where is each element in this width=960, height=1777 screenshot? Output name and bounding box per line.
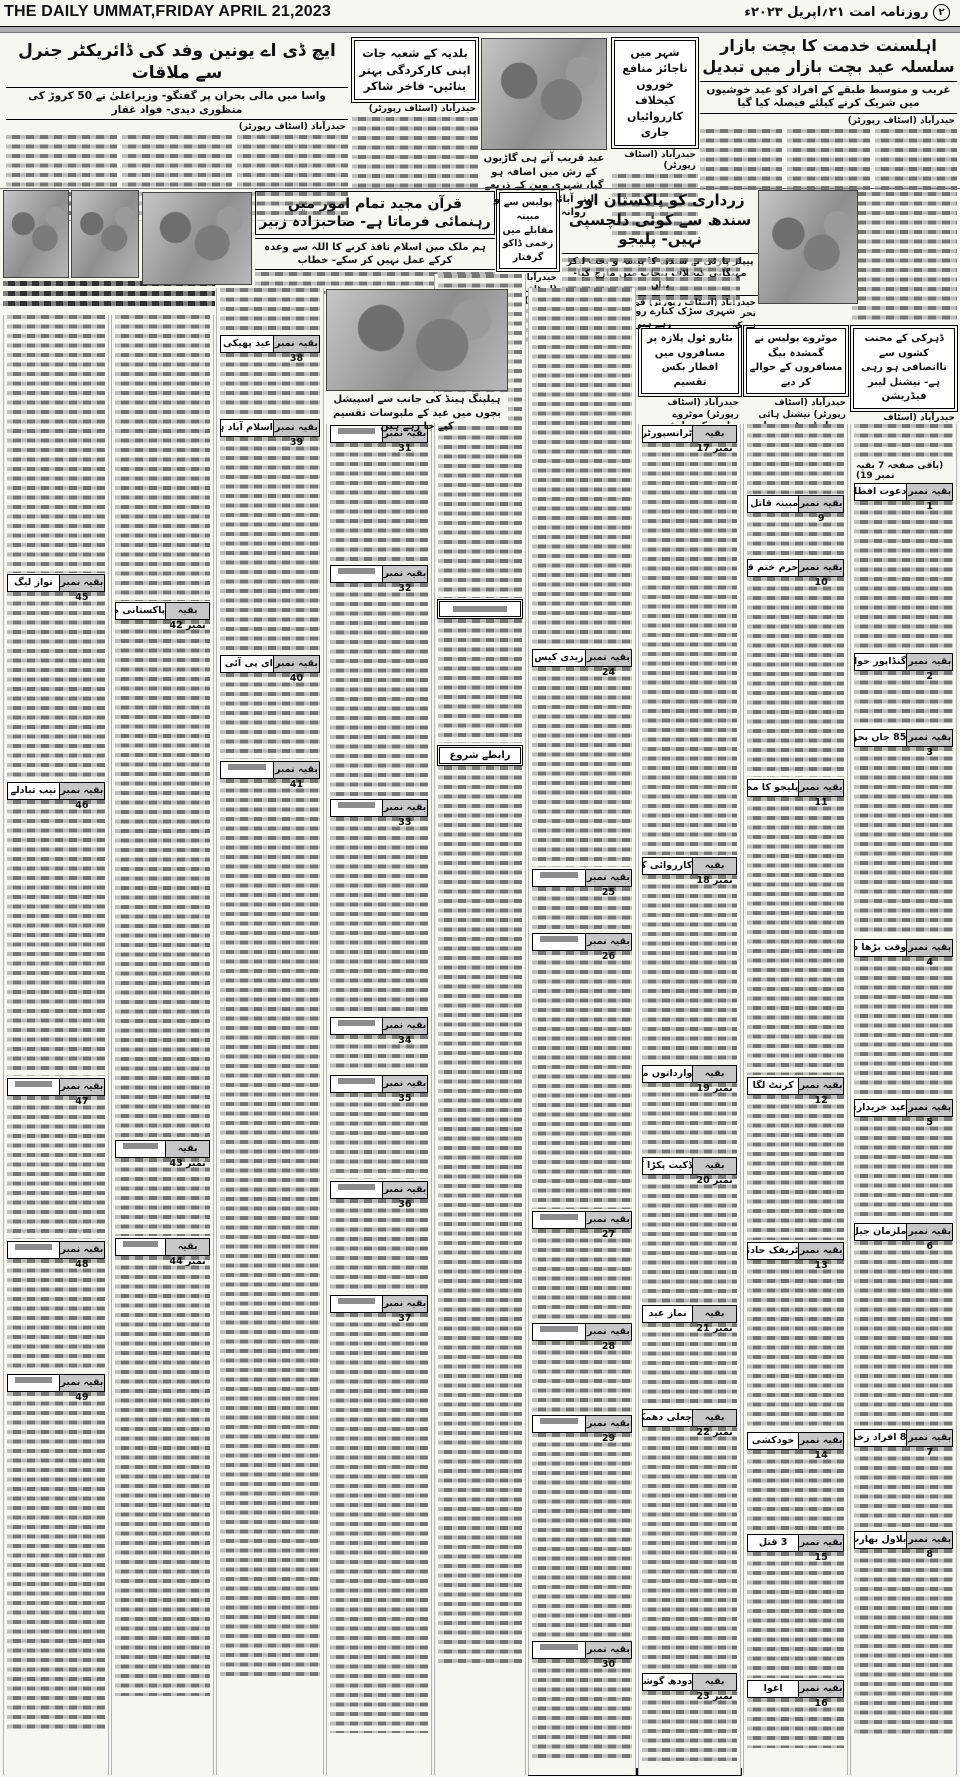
continuation-number: بقیہ نمبر 8	[906, 1532, 952, 1548]
story-dharki-headline: ڈہرکی کے محنت کشوں سے ناانصافی ہو رہی ہے…	[853, 328, 955, 409]
continuation-header: بقیہ نمبر 1دعوت افطار	[854, 483, 953, 501]
continuation-title: 85 جاں بحق	[855, 730, 906, 746]
continuation-header: بقیہ نمبر 9مبینہ قاتل گرفتار	[747, 495, 844, 513]
continuation-item: بقیہ نمبر 34	[330, 1017, 428, 1073]
body-text-fill	[700, 129, 782, 193]
continuation-number: بقیہ نمبر 40	[273, 656, 319, 672]
continuation-title: ٹرانسپورٹرز	[643, 426, 692, 442]
continuation-header: بقیہ نمبر 13ٹریفک حادثات	[747, 1242, 844, 1260]
photo-eid-travellers-caption: عید قریب آتے ہی گاڑیوں کے رش میں اضافہ ہ…	[481, 152, 607, 186]
continuation-header: بقیہ نمبر 16اغوا	[747, 1680, 844, 1698]
body-text-fill	[220, 779, 320, 1679]
body-text-fill	[852, 192, 957, 324]
story-ahlesunnat-subhead: غریب و متوسط طبقے کے افراد کو عید خوشیوں…	[700, 81, 957, 114]
story-ahlesunnat: اہلسنت خدمت کا بچت بازار سلسلہ عید بچت ب…	[700, 36, 957, 193]
body-text-fill	[115, 1256, 210, 1696]
continuation-item: بقیہ نمبر 26	[532, 933, 632, 1209]
body-text-fill	[7, 315, 105, 573]
continuation-item: بقیہ نمبر 42پاکستانی طلبا ڈرون	[115, 602, 210, 1138]
continuation-title	[533, 1324, 585, 1340]
continuation-item: بقیہ نمبر 47	[7, 1078, 105, 1239]
continuation-item: بقیہ نمبر 14خودکشی	[747, 1432, 844, 1532]
body-text-fill	[330, 817, 428, 1015]
boxed-sub-story: رابطے شروع	[438, 745, 522, 1666]
continuation-title: ٹریفک حادثات	[748, 1243, 798, 1259]
continuation-header: بقیہ نمبر 34	[330, 1017, 428, 1035]
news-column: (باقی صفحہ 7 بقیہ نمبر 19)بقیہ نمبر 1دعو…	[850, 424, 957, 1775]
news-column: بقیہ نمبر 24زیدی کیسبقیہ نمبر 25بقیہ نمب…	[528, 288, 636, 1775]
body-text-fill	[747, 1450, 844, 1532]
illegible-title	[338, 1020, 375, 1026]
body-text-fill	[854, 424, 953, 460]
continuation-item: بقیہ نمبر 27	[532, 1211, 632, 1321]
band-divider	[0, 188, 960, 189]
continuation-title: مبینہ قاتل گرفتار	[748, 496, 798, 512]
continuation-number: بقیہ نمبر 4	[906, 940, 952, 956]
body-text-fill	[747, 424, 844, 494]
continuation-header: بقیہ نمبر 48	[7, 1241, 105, 1259]
body-text-fill	[747, 1552, 844, 1678]
continuation-number: بقیہ نمبر 18	[692, 858, 736, 874]
continuation-header: بقیہ نمبر 43	[115, 1140, 210, 1158]
continuation-number: بقیہ نمبر 27	[585, 1212, 631, 1228]
continuation-item: بقیہ نمبر 44	[115, 1238, 210, 1696]
continuation-header: بقیہ نمبر 29	[532, 1415, 632, 1433]
illegible-title	[338, 802, 375, 808]
continuation-title: کارروائی کا حکم	[643, 858, 692, 874]
body-text-fill	[330, 583, 428, 797]
continuation-number: بقیہ نمبر 9	[798, 496, 843, 512]
boxed-sub-story	[438, 599, 522, 743]
continuation-item: بقیہ نمبر 12کرنٹ لگا	[747, 1077, 844, 1240]
continuation-item: بقیہ نمبر 29	[532, 1415, 632, 1639]
body-text-fill	[747, 577, 844, 777]
continuation-number: بقیہ نمبر 42	[165, 603, 209, 619]
sub-story-headline	[439, 601, 521, 617]
illegible-title	[540, 1418, 577, 1424]
continuation-item: بقیہ نمبر 38عید پھیکی	[220, 335, 320, 417]
body-text-fill	[220, 353, 320, 417]
body-text-fill	[7, 1392, 105, 1732]
newspaper-page: THE DAILY UMMAT,FRIDAY APRIL 21,2023 ۲ ر…	[0, 0, 960, 1777]
continuation-item: بقیہ نمبر 2گنڈاپور حوالے	[854, 653, 953, 727]
continuation-title: پاکستانی طلبا ڈرون	[116, 603, 165, 619]
story-baldia-headline: بلدیہ کے شعبہ جات اپنی کارکردگی بہتر بنا…	[354, 40, 476, 100]
body-text-fill	[7, 592, 105, 780]
continuation-title: دودھ گوشت مہنگا	[643, 1674, 692, 1690]
continuation-header: بقیہ نمبر 32	[330, 565, 428, 583]
illegible-title	[540, 1326, 577, 1332]
page-number-circle: ۲	[933, 4, 950, 21]
continuation-title: نواز لیگ	[8, 575, 59, 591]
body-text-fill	[854, 957, 953, 1097]
continuation-header: بقیہ نمبر 41	[220, 761, 320, 779]
story-bataro-headline: بٹارو ٹول پلازہ پر مسافروں میں افطار بکس…	[641, 328, 739, 394]
body-text-fill	[532, 288, 632, 648]
continuation-header: بقیہ نمبر 4وقت بڑھا دیا	[854, 939, 953, 957]
continuation-header: بقیہ نمبر 27	[532, 1211, 632, 1229]
masthead-title-ur: ۲ روزنامہ امت ۲۱؍اپریل ۲۰۲۳ء	[744, 4, 954, 21]
photo-police-left	[3, 190, 69, 278]
continuation-header: بقیہ نمبر 45نواز لیگ	[7, 574, 105, 592]
continuation-item: بقیہ نمبر 21نماز عید	[642, 1305, 737, 1407]
story-hda-subhead: واسا میں مالی بحران پر گفتگو- وزیراعلیٰ …	[6, 87, 348, 120]
continuation-item: بقیہ نمبر 4وقت بڑھا دیا	[854, 939, 953, 1097]
continuation-number: بقیہ نمبر 20	[692, 1158, 736, 1174]
continuation-header: بقیہ نمبر 18کارروائی کا حکم	[642, 857, 737, 875]
continuation-number: بقیہ نمبر 30	[585, 1642, 631, 1658]
continuation-title	[8, 1242, 59, 1258]
continuation-header: بقیہ نمبر 19وارداتوں میں اضافہ	[642, 1065, 737, 1083]
continuation-number: بقیہ نمبر 10	[798, 560, 843, 576]
continuation-header: بقیہ نمبر 26	[532, 933, 632, 951]
body-text-fill	[7, 1096, 105, 1239]
story-police-headline: پولیس سے مبینہ مقابلے میں زخمی ڈاکو گرفت…	[499, 192, 557, 269]
story-munafa-headline: شہر میں ناجائز منافع خوروں کیخلاف کارروا…	[614, 40, 696, 146]
story-ahlesunnat-headline: اہلسنت خدمت کا بچت بازار سلسلہ عید بچت ب…	[700, 36, 957, 78]
continuation-title	[8, 1079, 59, 1095]
continuation-header: بقیہ نمبر 21نماز عید	[642, 1305, 737, 1323]
continuation-number: بقیہ نمبر 43	[165, 1141, 209, 1157]
continuation-number: بقیہ نمبر 49	[59, 1375, 104, 1391]
continuation-header: بقیہ نمبر 36	[330, 1181, 428, 1199]
continuation-number: بقیہ نمبر 26	[585, 934, 631, 950]
continuation-number: بقیہ نمبر 45	[59, 575, 104, 591]
continuation-title	[331, 1076, 382, 1092]
continuation-header: بقیہ نمبر 11پلیجو کا مطالبہ	[747, 779, 844, 797]
continuation-number: بقیہ نمبر 11	[798, 780, 843, 796]
continuation-header: بقیہ نمبر 10حرم ختم قرآن	[747, 559, 844, 577]
continuation-title: وارداتوں میں اضافہ	[643, 1066, 692, 1082]
continuation-title: کرنٹ لگا	[748, 1078, 798, 1094]
continuation-title: جعلی دھمکی	[643, 1410, 692, 1426]
body-text-fill	[7, 800, 105, 1076]
story-hda-dateline: حیدرآباد (اسٹاف رپورٹر)	[6, 120, 348, 135]
continuation-item: بقیہ نمبر 24زیدی کیس	[532, 649, 632, 867]
body-text-fill	[220, 437, 320, 653]
continuation-item: بقیہ نمبر 49	[7, 1374, 105, 1732]
continuation-header: بقیہ نمبر 30	[532, 1641, 632, 1659]
illegible-title	[338, 428, 375, 434]
continuation-item: بقیہ نمبر 40ای پی آئی میٹنگ	[220, 655, 320, 759]
continuation-title	[331, 1182, 382, 1198]
continuation-number: بقیہ نمبر 19	[692, 1066, 736, 1082]
body-text-fill	[642, 875, 737, 1063]
body-text-fill	[532, 1229, 632, 1321]
story-ahlesunnat-body	[700, 129, 957, 193]
news-column: بقیہ نمبر 17ٹرانسپورٹرزبقیہ نمبر 18کاررو…	[638, 424, 741, 1775]
body-text-fill	[787, 129, 869, 193]
illegible-title	[338, 1184, 375, 1190]
body-text-fill	[747, 1095, 844, 1240]
body-text-fill	[532, 1433, 632, 1639]
continuation-item: بقیہ نمبر 153 قتل	[747, 1534, 844, 1678]
continuation-header: بقیہ نمبر 44	[115, 1238, 210, 1256]
continuation-title	[331, 800, 382, 816]
continuation-number: بقیہ نمبر 14	[798, 1433, 843, 1449]
continuation-number: بقیہ نمبر 2	[906, 654, 952, 670]
story-motorway-headline: موٹروے پولیس نے گمشدہ بیگ مسافروں کے حوا…	[746, 328, 846, 394]
photo-eid-travellers	[481, 38, 607, 150]
continuation-number: بقیہ نمبر 34	[382, 1018, 427, 1034]
continuation-number: بقیہ نمبر 33	[382, 800, 427, 816]
continuation-title: بلاول بھارت	[855, 1532, 906, 1548]
continuation-number: بقیہ نمبر 21	[692, 1306, 736, 1322]
continuation-title: 8 افراد زخمی	[855, 1430, 906, 1446]
continuation-header: بقیہ نمبر 14خودکشی	[747, 1432, 844, 1450]
continuation-title	[331, 1296, 382, 1312]
continuation-item: بقیہ نمبر 1دعوت افطار	[854, 483, 953, 651]
story-ahlesunnat-dateline: حیدرآباد (اسٹاف رپورٹر)	[700, 114, 957, 129]
body-text-fill	[532, 1341, 632, 1413]
body-text-fill	[330, 443, 428, 563]
illegible-title	[15, 1377, 52, 1383]
continuation-item: بقیہ نمبر 19وارداتوں میں اضافہ	[642, 1065, 737, 1155]
photo-police-right	[71, 190, 139, 278]
continuation-item: بقیہ نمبر 16اغوا	[747, 1680, 844, 1748]
story-munafa-dateline: حیدرآباد (اسٹاف رپورٹر)	[612, 148, 698, 174]
continuation-title	[533, 870, 585, 886]
body-text-fill	[7, 1259, 105, 1372]
photo-helping-hand-caption: ہیلپنگ ہینڈ کی جانب سے اسپیشل بچوں میں ع…	[326, 393, 508, 423]
body-text-fill	[330, 1093, 428, 1179]
illegible-title	[15, 1081, 52, 1087]
continuation-header: بقیہ نمبر 37	[330, 1295, 428, 1313]
body-text-fill	[330, 1313, 428, 1733]
news-column: بقیہ نمبر 45نواز لیگبقیہ نمبر 46نیب تباد…	[3, 315, 109, 1775]
continuation-number: بقیہ نمبر 3	[906, 730, 952, 746]
photo-quran-event	[142, 192, 252, 285]
continuation-header: بقیہ نمبر 12کرنٹ لگا	[747, 1077, 844, 1095]
continuation-number: بقیہ نمبر 39	[273, 420, 319, 436]
continuation-header: بقیہ نمبر 78 افراد زخمی	[854, 1429, 953, 1447]
story-quran-headline: قرآن مجید تمام امور میں رہنمائی فرماتا ہ…	[255, 191, 495, 235]
illegible-title	[540, 936, 577, 942]
continuation-header: بقیہ نمبر 5عید خریداری	[854, 1099, 953, 1117]
masthead-rule	[0, 26, 960, 33]
continuation-header: بقیہ نمبر 40ای پی آئی میٹنگ	[220, 655, 320, 673]
photo-helping-hand	[326, 289, 508, 391]
continuation-header: بقیہ نمبر 153 قتل	[747, 1534, 844, 1552]
sub-story-headline: رابطے شروع	[439, 747, 521, 764]
continuation-header: بقیہ نمبر 20ڈکیت پکڑا گیا	[642, 1157, 737, 1175]
continuation-title	[8, 1375, 59, 1391]
continuation-item: بقیہ نمبر 45نواز لیگ	[7, 574, 105, 780]
continuation-title: ڈکیت پکڑا گیا	[643, 1158, 692, 1174]
photo-police-caption-fill	[3, 281, 215, 311]
continuation-item: بقیہ نمبر 22جعلی دھمکی	[642, 1409, 737, 1671]
body-text-fill	[854, 1447, 953, 1529]
continuation-title: ای پی آئی میٹنگ	[221, 656, 273, 672]
continuation-header: بقیہ نمبر 24زیدی کیس	[532, 649, 632, 667]
continuation-title: وقت بڑھا دیا	[855, 940, 906, 956]
continuation-header: بقیہ نمبر 28	[532, 1323, 632, 1341]
story-baldia-dateline: حیدرآباد (اسٹاف رپورٹر)	[352, 102, 478, 117]
continuation-number: بقیہ نمبر 37	[382, 1296, 427, 1312]
continuation-number: بقیہ نمبر 32	[382, 566, 427, 582]
continuation-number: بقیہ نمبر 47	[59, 1079, 104, 1095]
continuation-item: بقیہ نمبر 18کارروائی کا حکم	[642, 857, 737, 1063]
news-column: بقیہ نمبر 9مبینہ قاتل گرفتاربقیہ نمبر 10…	[743, 424, 848, 1775]
continuation-title	[221, 762, 273, 778]
continuation-item: بقیہ نمبر 48	[7, 1241, 105, 1372]
masthead-date-ur: روزنامہ امت ۲۱؍اپریل ۲۰۲۳ء	[744, 5, 928, 20]
illegible-title	[453, 606, 508, 612]
continuation-item: بقیہ نمبر 35	[330, 1075, 428, 1179]
continuation-header: بقیہ نمبر 2گنڈاپور حوالے	[854, 653, 953, 671]
body-text-fill	[115, 620, 210, 1138]
continuation-number: بقیہ نمبر 29	[585, 1416, 631, 1432]
continuation-item: بقیہ نمبر 8بلاول بھارت	[854, 1531, 953, 1739]
continuation-item: بقیہ نمبر 41	[220, 761, 320, 1679]
story-zardari-headline: زرداری کو پاکستان اور سندھ سے کوئی دلچسپ…	[562, 191, 758, 250]
continuation-item: بقیہ نمبر 17ٹرانسپورٹرز	[642, 425, 737, 855]
masthead-title-en: THE DAILY UMMAT,FRIDAY APRIL 21,2023	[4, 3, 331, 21]
continuation-number: بقیہ نمبر 25	[585, 870, 631, 886]
continuation-number: بقیہ نمبر 36	[382, 1182, 427, 1198]
continuation-title: زیدی کیس	[533, 650, 585, 666]
body-text-fill	[747, 1260, 844, 1430]
continuation-number: بقیہ نمبر 22	[692, 1410, 736, 1426]
body-text-fill	[532, 887, 632, 931]
continuation-item: بقیہ نمبر 37	[330, 1295, 428, 1733]
continuation-number: بقیہ نمبر 41	[273, 762, 319, 778]
continuation-title: دعوت افطار	[855, 484, 906, 500]
illegible-title	[15, 1244, 52, 1250]
continuation-title: اسلام آباد ہائیکورٹ	[221, 420, 273, 436]
body-text-fill	[438, 766, 522, 1666]
continuation-title: 3 قتل	[748, 1535, 798, 1551]
continuation-header: بقیہ نمبر 49	[7, 1374, 105, 1392]
continuation-title	[116, 1141, 165, 1157]
illegible-title	[123, 1143, 158, 1149]
continuation-number: بقیہ نمبر 7	[906, 1430, 952, 1446]
continuation-header: بقیہ نمبر 42پاکستانی طلبا ڈرون	[115, 602, 210, 620]
body-text-fill	[220, 288, 320, 334]
continuation-number: بقیہ نمبر 12	[798, 1078, 843, 1094]
body-text-fill	[642, 1175, 737, 1303]
continuation-title: عید پھیکی	[221, 336, 273, 352]
illegible-title	[338, 1078, 375, 1084]
illegible-title	[123, 1241, 158, 1247]
continuation-item: بقیہ نمبر 46نیب تبادلے	[7, 782, 105, 1076]
continuation-title	[533, 1212, 585, 1228]
body-text-fill	[642, 1427, 737, 1671]
continuation-title	[116, 1239, 165, 1255]
continuation-number: بقیہ نمبر 17	[692, 426, 736, 442]
continuation-header: بقیہ نمبر 39اسلام آباد ہائیکورٹ	[220, 419, 320, 437]
continuation-header: بقیہ نمبر 385 جاں بحق	[854, 729, 953, 747]
body-text-fill	[330, 1035, 428, 1073]
body-text-fill	[854, 1549, 953, 1739]
continuation-item: بقیہ نمبر 31	[330, 425, 428, 563]
continuation-title: گنڈاپور حوالے	[855, 654, 906, 670]
body-text-fill	[854, 1117, 953, 1221]
body-text-fill	[532, 1659, 632, 1759]
body-text-fill	[747, 797, 844, 1075]
continuation-title: حرم ختم قرآن	[748, 560, 798, 576]
continuation-title	[331, 566, 382, 582]
illegible-title	[228, 764, 265, 770]
continuation-item: بقیہ نمبر 385 جاں بحق	[854, 729, 953, 937]
continuation-header: بقیہ نمبر 25	[532, 869, 632, 887]
illegible-title	[540, 1644, 577, 1650]
news-column: بقیہ نمبر 42پاکستانی طلبا ڈرونبقیہ نمبر …	[111, 315, 214, 1775]
continuation-number: بقیہ نمبر 44	[165, 1239, 209, 1255]
continuation-item: بقیہ نمبر 6ملزمان جیل	[854, 1223, 953, 1427]
continuation-header: بقیہ نمبر 46نیب تبادلے	[7, 782, 105, 800]
continuation-item: بقیہ نمبر 39اسلام آباد ہائیکورٹ	[220, 419, 320, 653]
story-baldia: بلدیہ کے شعبہ جات اپنی کارکردگی بہتر بنا…	[352, 38, 478, 189]
continuation-header: بقیہ نمبر 33	[330, 799, 428, 817]
continuation-title	[331, 1018, 382, 1034]
continuation-title	[533, 934, 585, 950]
body-text-fill	[875, 129, 957, 193]
continuation-header: بقیہ نمبر 23دودھ گوشت مہنگا	[642, 1673, 737, 1691]
continuation-title: ملزمان جیل	[855, 1224, 906, 1240]
continuation-header: بقیہ نمبر 38عید پھیکی	[220, 335, 320, 353]
continuation-pointer: (باقی صفحہ 7 بقیہ نمبر 19)	[854, 460, 953, 482]
continuation-number: بقیہ نمبر 15	[798, 1535, 843, 1551]
continuation-item: بقیہ نمبر 78 افراد زخمی	[854, 1429, 953, 1529]
continuation-number: بقیہ نمبر 46	[59, 783, 104, 799]
body-text-fill	[854, 501, 953, 651]
photo-roadside-iftar	[758, 190, 858, 304]
continuation-item: بقیہ نمبر 36	[330, 1181, 428, 1293]
continuation-header: بقیہ نمبر 35	[330, 1075, 428, 1093]
continuation-item: بقیہ نمبر 13ٹریفک حادثات	[747, 1242, 844, 1430]
continuation-number: بقیہ نمبر 35	[382, 1076, 427, 1092]
continuation-number: بقیہ نمبر 5	[906, 1100, 952, 1116]
continuation-header: بقیہ نمبر 8بلاول بھارت	[854, 1531, 953, 1549]
continuation-item: بقیہ نمبر 33	[330, 799, 428, 1015]
continuation-title: خودکشی	[748, 1433, 798, 1449]
continuation-title: اغوا	[748, 1681, 798, 1697]
continuation-item: بقیہ نمبر 32	[330, 565, 428, 797]
continuation-title: پلیجو کا مطالبہ	[748, 780, 798, 796]
body-text-fill	[220, 673, 320, 759]
continuation-item: بقیہ نمبر 10حرم ختم قرآن	[747, 559, 844, 777]
continuation-header: بقیہ نمبر 47	[7, 1078, 105, 1096]
continuation-item: بقیہ نمبر 25	[532, 869, 632, 931]
illegible-title	[540, 872, 577, 878]
continuation-number: بقیہ نمبر 13	[798, 1243, 843, 1259]
continuation-title	[533, 1416, 585, 1432]
story-quran-subhead: ہم ملک میں اسلام نافذ کرنے کا اللہ سے وع…	[255, 238, 495, 270]
continuation-number: بقیہ نمبر 23	[692, 1674, 736, 1690]
news-column: بقیہ نمبر 31بقیہ نمبر 32بقیہ نمبر 33بقیہ…	[326, 424, 432, 1775]
body-text-fill	[854, 747, 953, 937]
continuation-item: بقیہ نمبر 28	[532, 1323, 632, 1413]
continuation-title: نیب تبادلے	[8, 783, 59, 799]
continuation-item: بقیہ نمبر 30	[532, 1641, 632, 1759]
illegible-title	[338, 1298, 375, 1304]
body-text-fill	[352, 117, 478, 189]
body-text-fill	[115, 315, 210, 601]
body-text-fill	[747, 1698, 844, 1748]
news-column: رابطے شروع	[434, 274, 526, 1775]
body-text-fill	[747, 513, 844, 557]
continuation-number: بقیہ نمبر 6	[906, 1224, 952, 1240]
continuation-header: بقیہ نمبر 22جعلی دھمکی	[642, 1409, 737, 1427]
continuation-title	[331, 426, 382, 442]
continuation-number: بقیہ نمبر 24	[585, 650, 631, 666]
body-text-fill	[438, 619, 522, 743]
body-text-fill	[532, 667, 632, 867]
story-hda-headline: ایچ ڈی اے یونین وفد کی ڈائریکٹر جنرل سے …	[6, 40, 348, 84]
body-text-fill	[642, 443, 737, 855]
news-column: بقیہ نمبر 38عید پھیکیبقیہ نمبر 39اسلام آ…	[216, 288, 324, 1775]
